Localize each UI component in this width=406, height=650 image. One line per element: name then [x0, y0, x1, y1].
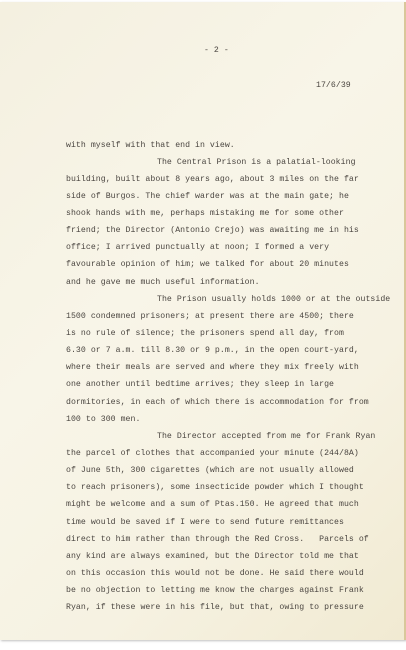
text-line: of June 5th, 300 cigarettes (which are n… — [66, 466, 354, 475]
text-line: friend; the Director (Antonio Crejo) was… — [66, 226, 359, 235]
text-line: 1500 condemned prisoners; at present the… — [66, 312, 354, 321]
text-line: 6.30 or 7 a.m. till 8.30 or 9 p.m., in t… — [66, 346, 359, 355]
text-line: be no objection to letting me know the c… — [66, 586, 364, 595]
text-line: might be welcome and a sum of Ptas.150. … — [66, 500, 359, 509]
text-line: with myself with that end in view. — [66, 141, 235, 150]
letter-date: 17/6/39 — [316, 81, 351, 90]
text-line: to reach prisoners), some insecticide po… — [66, 483, 364, 492]
text-line: shook hands with me, perhaps mistaking m… — [66, 209, 344, 218]
text-line: side of Burgos. The chief warder was at … — [66, 192, 349, 201]
text-line: The Central Prison is a palatial-looking — [157, 158, 356, 167]
text-line: dormitories, in each of which there is a… — [66, 398, 369, 407]
text-line: one another until bedtime arrives; they … — [66, 380, 334, 389]
text-line: direct to him rather than through the Re… — [66, 535, 369, 544]
typewritten-page: - 2 - 17/6/39 with myself with that end … — [0, 2, 406, 640]
text-line: time would be saved if I were to send fu… — [66, 518, 344, 527]
text-line: The Prison usually holds 1000 or at the … — [157, 295, 390, 304]
text-line: is no rule of silence; the prisoners spe… — [66, 329, 344, 338]
text-line: 100 to 300 men. — [66, 415, 140, 424]
page-number: - 2 - — [204, 46, 229, 55]
text-line: Ryan, if these were in his file, but tha… — [66, 603, 364, 612]
text-line: any kind are always examined, but the Di… — [66, 552, 359, 561]
text-line: and he gave me much useful information. — [66, 278, 260, 287]
text-line: on this occasion this would not be done.… — [66, 569, 364, 578]
text-line: The Director accepted from me for Frank … — [157, 432, 375, 441]
text-line: the parcel of clothes that accompanied y… — [66, 449, 359, 458]
text-line: office; I arrived punctually at noon; I … — [66, 243, 329, 252]
text-line: where their meals are served and where t… — [66, 363, 359, 372]
text-line: favourable opinion of him; we talked for… — [66, 260, 349, 269]
text-line: building, built about 8 years ago, about… — [66, 175, 359, 184]
